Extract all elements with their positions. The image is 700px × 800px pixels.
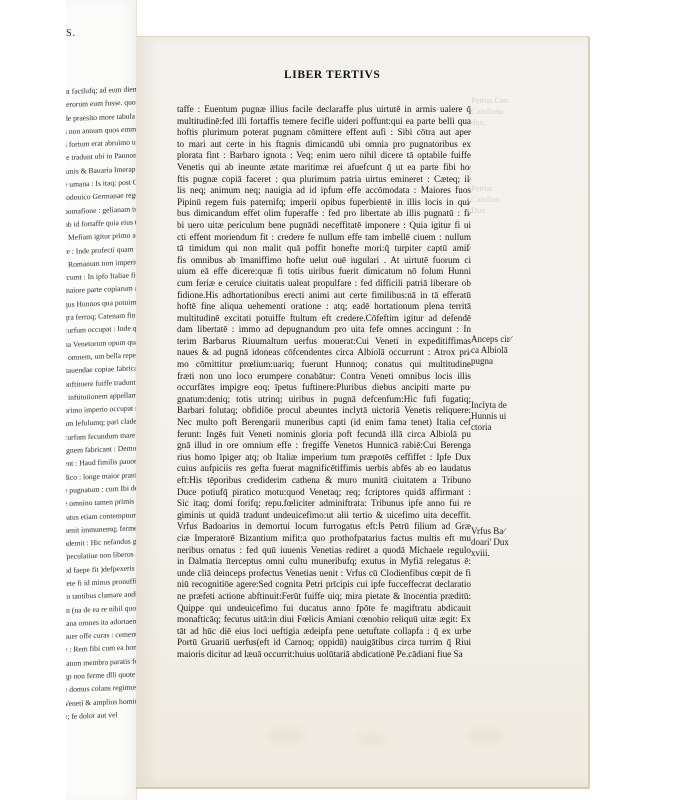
marginal-note-line: Anceps cir∕ [471, 334, 533, 345]
text-line: rius homo īpiger atq; ob Italiæ imperium… [177, 452, 471, 464]
foxing-stain [266, 727, 306, 743]
text-line: eft:His tēporibus crediderim cathena & m… [177, 475, 471, 487]
left-page-header-fragment: S. [66, 28, 76, 39]
text-line: cti effent moriendum fit : credere fe nu… [177, 232, 471, 244]
marginal-note-line: pugna [471, 356, 533, 367]
text-line: Nec multo poft Berengarii muneribus capt… [177, 417, 471, 429]
text-line: Pipinū regem fuis paternifq; imperii opi… [177, 197, 471, 209]
text-line: dam libertatē : immo ad depugnandum pro … [177, 324, 471, 336]
text-line: Sic itaq; domi forifq; repu.fœliciter ad… [177, 498, 471, 510]
text-line: tāt ad hūc diē eius loci ueftigia ædeipf… [177, 626, 471, 638]
text-line: Vrfus Badoarius in demortui locum furrog… [177, 521, 471, 533]
text-line: unde cliā deinceps profectus Venetias ue… [177, 568, 471, 580]
marginal-note-line: xviii. [471, 548, 533, 559]
text-line: to mari aut certe in his ftagnis dimican… [177, 139, 471, 151]
text-line: hoftē fine aliqua uehementi oratione : a… [177, 301, 471, 313]
text-line: mo cōmittitur prœlium:uariq; fuerunt Hun… [177, 359, 471, 371]
marginal-note-line: Vrfus Ba∕ [471, 526, 533, 537]
marginal-note-vrsus-badoarius: Vrfus Ba∕ doari' Dux xviii. [471, 526, 533, 559]
text-line: taffe : Euentum pugnæ illius facile decl… [177, 104, 471, 116]
show-through-line: Dux [471, 205, 533, 216]
text-line: bi uero uitæ periculum bene pugnādi nece… [177, 220, 471, 232]
running-head: LIBER TERTIVS [284, 69, 380, 81]
show-through-note: Petrus Candian Dux [471, 183, 533, 216]
show-through-line: Petrus Can [471, 95, 533, 106]
left-text-line: e; fe dolor aut vel [66, 707, 137, 723]
text-line: fis omnibus ab īmaniffimo hofte uelut ou… [177, 255, 471, 267]
text-line: neribus ornatus : fed quū iuuenis Veneti… [177, 545, 471, 557]
text-line: gnā illud in ore omnium effe : fregiffe … [177, 440, 471, 452]
show-through-line: Petrus [471, 183, 533, 194]
left-page-text: ut factlufq; ad eum diem naucterorum eum… [66, 82, 137, 723]
show-through-line: dux. [471, 117, 533, 128]
right-page: LIBER TERTIVS taffe : Euentum pugnæ illi… [136, 36, 590, 789]
text-line: fræti non uno loco erumpere conabātur: C… [177, 371, 471, 383]
text-line: ferunt: Ingēs fuit Veneti nominis gloria… [177, 429, 471, 441]
show-through-line: Candiana [471, 106, 533, 117]
text-line: maioris dicitur ad læuā occurrit:huius u… [177, 649, 471, 661]
text-line: uium eā effe dicere:quæ fi totis uiribus… [177, 266, 471, 278]
marginal-note-line: Inclyta de [471, 400, 533, 411]
marginal-note-line: ca Albiolā [471, 345, 533, 356]
left-text-line: Veneti & amplius homines sua [66, 694, 137, 710]
show-through-note: Petrus Can Candiana dux. [471, 95, 533, 128]
text-line: plorata fint : Barbaro ignota : Veq; eni… [177, 150, 471, 162]
text-line: Duce potiufq̄ piratico motu:quod Venetaq… [177, 487, 471, 499]
marginal-note-anceps-pugna: Anceps cir∕ ca Albiolā pugna [471, 334, 533, 367]
text-line: monafticāq; fecutus uitā:in diui Fœlicis… [177, 614, 471, 626]
text-line: Quippe qui undeuicefimo fui ducatus anno… [177, 603, 471, 615]
text-line: hoftis plurimum poterat pugnam cōmittere… [177, 127, 471, 139]
text-line: in Dalmatia īterceptus omni cultu muneri… [177, 556, 471, 568]
text-line: Barbari folutaq; obfidiōe procul abeunte… [177, 405, 471, 417]
text-line: lis neq; animum neq; nauigia ad id ipfum… [177, 185, 471, 197]
text-line: cuius aufpiciis res gefta fuerat magnifi… [177, 463, 471, 475]
text-line: Portū Gruariū uerfus(eft id Carnoq; oppi… [177, 637, 471, 649]
text-line: ciæ Imperatorē Bizantium mifit:a quo pro… [177, 533, 471, 545]
text-line: occurfātes impigre eoq; īpetus fuftinere… [177, 382, 471, 394]
marginal-note-line: doari' Dux [471, 537, 533, 548]
foxing-stain [356, 732, 386, 746]
show-through-line: Candian [471, 194, 533, 205]
marginal-note-inclyta-victoria: Inclyta de Hunnis ui ctoria [471, 400, 533, 433]
body-text: taffe : Euentum pugnæ illius facile decl… [177, 104, 471, 661]
text-line: multitudinē:fed illi fortaffis temere fe… [177, 116, 471, 128]
foxing-stain [466, 729, 504, 743]
marginal-note-line: ctoria [471, 422, 533, 433]
text-line: ne præfeti actione abftinuit:Ferūt fuiff… [177, 591, 471, 603]
text-line: gnatum:deniq; totis utrinq; uiribus in p… [177, 394, 471, 406]
text-line: tā timidum qui non malit quā poffit hone… [177, 243, 471, 255]
text-line: fidione.His adhortationibus erecti animi… [177, 290, 471, 302]
text-line: niū recognitiōe agere:Sed cognita Petri … [177, 579, 471, 591]
text-line: naues & ad pugnā idoneas cōfcendentes ci… [177, 347, 471, 359]
text-line: terim Barbarus Riuumaltum uerfus mouerat… [177, 336, 471, 348]
text-line: cum feriæ e ceruice ciuitatis ualeat pro… [177, 278, 471, 290]
text-line: multitudinē excitati potuiffe ftultum ef… [177, 313, 471, 325]
left-facing-page: S. ut factlufq; ad eum diem naucterorum … [66, 0, 137, 800]
text-line: ftis pugnæ copiā faceret : qua plurimum … [177, 174, 471, 186]
marginal-note-line: Hunnis ui [471, 411, 533, 422]
text-line: Venetis qui ab ineunte ætate maritimæ re… [177, 162, 471, 174]
text-line: bus dimicandum effet olim fuperaffe : fe… [177, 208, 471, 220]
text-line: giminis ut quidā tradunt undeuicefimo:ut… [177, 510, 471, 522]
